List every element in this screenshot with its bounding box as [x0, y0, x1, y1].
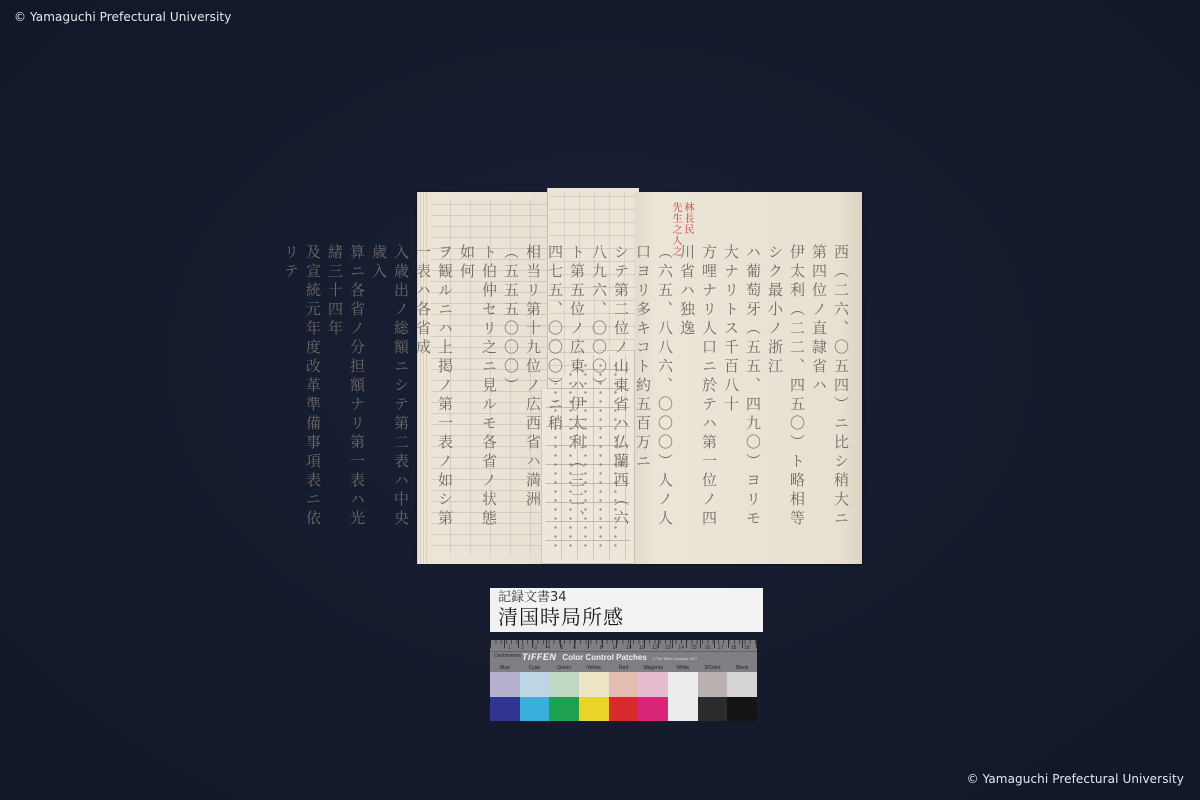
- open-document-book: 林長民 先生之人之 西（二六、〇五四）ニ比シ稍大ニ第四位ノ直隷省ハ 伊太利（二二…: [417, 188, 862, 566]
- manuscript-column: ヲ観ルニハ上掲ノ第一表ノ如シ第一表ハ各省成: [412, 244, 456, 534]
- patch-column-black: [727, 672, 757, 721]
- ruler-number: 10: [626, 645, 639, 651]
- manuscript-column: 算ニ各省ノ分担額ナリ第一表ハ光緒三十四年: [324, 244, 368, 534]
- manuscript-column: ハ葡萄牙（五五、四九〇）ヨリモ大ナリトス千百八十: [720, 244, 764, 534]
- right-page-manuscript: 林長民 先生之人之 西（二六、〇五四）ニ比シ稍大ニ第四位ノ直隷省ハ 伊太利（二二…: [635, 192, 862, 564]
- ruler-number: 8: [600, 645, 613, 651]
- patch-column-green: [549, 672, 579, 721]
- dark-patch: [520, 697, 550, 722]
- ruler-number: 17: [718, 645, 731, 651]
- copyright-credit-bottom-right: © Yamaguchi Prefectural University: [967, 772, 1184, 786]
- light-patch: [579, 672, 609, 697]
- light-patch: [668, 672, 698, 697]
- light-patch: [727, 672, 757, 697]
- patch-column-yellow: [579, 672, 609, 721]
- patch-label: White: [668, 665, 698, 671]
- ruler-number: 4: [547, 645, 560, 651]
- patch-column-white: [668, 672, 698, 721]
- ruler-number: 12: [652, 645, 665, 651]
- patch-column-red: [609, 672, 639, 721]
- light-patch: [638, 672, 668, 697]
- dark-patch: [609, 697, 639, 722]
- ruler-numbers: 12345678910111213141516171819: [508, 645, 757, 651]
- ruler-number: 7: [587, 645, 600, 651]
- manuscript-column: 相当リ第十九位ノ広西省ハ満洲（五五五〇〇〇）: [500, 244, 544, 534]
- color-control-chart: 12345678910111213141516171819 Centimetre…: [490, 640, 757, 721]
- light-patch: [549, 672, 579, 697]
- dark-patch: [490, 697, 520, 722]
- manuscript-column: 伊太利（二二、四五〇）ト略相等シク最小ノ浙江: [764, 244, 808, 534]
- chart-brand-row: TiFFEN Color Control Patches © The Tiffe…: [522, 652, 697, 662]
- manuscript-column: ト伯仲セリ之ニ見ルモ各省ノ状態如何: [456, 244, 500, 534]
- ruler-number: 1: [508, 645, 521, 651]
- manuscript-column: ト第五位ノ広東ハ伊太利（三二、四七五、〇〇〇）ニ稍: [544, 244, 588, 534]
- color-patches: [490, 672, 757, 721]
- ruler-number: 19: [744, 645, 757, 651]
- dark-patch: [668, 697, 698, 722]
- catalog-code: 記録文書34: [498, 591, 755, 605]
- ruler-number: 16: [705, 645, 718, 651]
- patch-column-magenta: [638, 672, 668, 721]
- document-title-card: 記録文書34 清国時局所感: [490, 588, 763, 632]
- patch-label: 3/Color: [698, 665, 728, 671]
- ruler-number: 5: [560, 645, 573, 651]
- ruler-number: 11: [639, 645, 652, 651]
- patch-label: Cyan: [520, 665, 550, 671]
- patch-labels: BlueCyanGreenYellowRedMagentaWhite3/Colo…: [490, 665, 757, 671]
- dark-patch: [727, 697, 757, 722]
- patch-label: Blue: [490, 665, 520, 671]
- manuscript-column: 入歳出ノ総額ニシテ第二表ハ中央歳入: [368, 244, 412, 534]
- ruler-number: 3: [534, 645, 547, 651]
- ruler-number: 2: [521, 645, 534, 651]
- ruler-number: 13: [665, 645, 678, 651]
- patch-label: Green: [549, 665, 579, 671]
- patch-label: Black: [727, 665, 757, 671]
- manuscript-column: （六五、八八六、〇〇〇）人ノ人口ヨリ多キコト約五百万ニ: [632, 244, 676, 534]
- light-patch: [490, 672, 520, 697]
- patch-column-3-color: [698, 672, 728, 721]
- manuscript-text: 西（二六、〇五四）ニ比シ稍大ニ第四位ノ直隷省ハ 伊太利（二二、四五〇）ト略相等シ…: [280, 244, 852, 534]
- light-patch: [698, 672, 728, 697]
- manuscript-column: 及宣統元年度改革準備事項表ニ依リテ: [280, 244, 324, 534]
- manuscript-column: 西（二六、〇五四）ニ比シ稍大ニ第四位ノ直隷省ハ: [808, 244, 852, 534]
- light-patch: [609, 672, 639, 697]
- patch-label: Yellow: [579, 665, 609, 671]
- chart-copyright: © The Tiffen Company, 2007: [653, 657, 697, 661]
- light-patch: [520, 672, 550, 697]
- chart-title: Color Control Patches: [562, 653, 646, 662]
- copyright-credit-top-left: © Yamaguchi Prefectural University: [14, 10, 231, 24]
- ruler-number: 9: [613, 645, 626, 651]
- manuscript-column: 方哩ナリ人口ニ於テハ第一位ノ四川省ハ独逸: [676, 244, 720, 534]
- ruler-number: 14: [678, 645, 691, 651]
- ruler-number: 18: [731, 645, 744, 651]
- ruler-unit-label: Centimetres: [494, 653, 521, 659]
- document-title: 清国時局所感: [498, 605, 755, 629]
- dark-patch: [698, 697, 728, 722]
- ruler-number: 15: [692, 645, 705, 651]
- patch-column-cyan: [520, 672, 550, 721]
- manuscript-column: シテ第二位ノ山東省ハ仏蘭西（六八九六、〇〇〇）: [588, 244, 632, 534]
- dark-patch: [579, 697, 609, 722]
- dark-patch: [638, 697, 668, 722]
- ruler-number: 6: [574, 645, 587, 651]
- brand-logo: TiFFEN: [522, 652, 556, 662]
- patch-label: Red: [609, 665, 639, 671]
- patch-label: Magenta: [638, 665, 668, 671]
- dark-patch: [549, 697, 579, 722]
- patch-column-blue: [490, 672, 520, 721]
